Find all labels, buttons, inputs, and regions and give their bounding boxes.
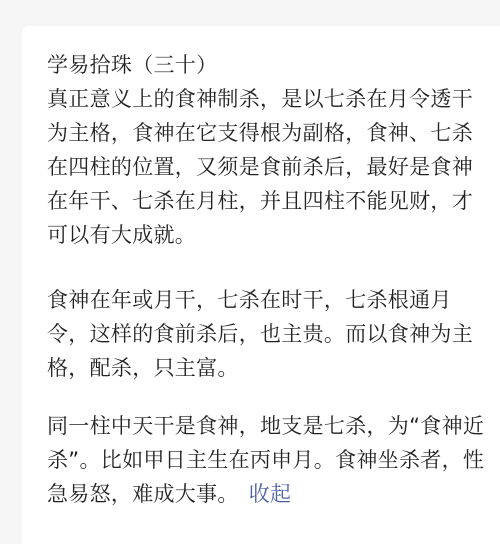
article-title: 学易拾珠（三十） — [47, 48, 487, 82]
paragraph-3: 同一柱中天干是食神，地支是七杀，为“食神近杀”。比如甲日主生在丙申月。食神坐杀者… — [47, 409, 487, 511]
paragraph-2: 食神在年或月干，七杀在时干，七杀根通月令，这样的食前杀后，也主贵。而以食神为主格… — [47, 283, 487, 385]
paragraph-1: 真正意义上的食神制杀，是以七杀在月令透干为主格，食神在它支得根为副格，食神、七杀… — [47, 82, 487, 252]
collapse-link[interactable]: 收起 — [249, 482, 292, 506]
answer-content: 学易拾珠（三十） 真正意义上的食神制杀，是以七杀在月令透干为主格，食神在它支得根… — [47, 48, 487, 535]
answer-card: 学易拾珠（三十） 真正意义上的食神制杀，是以七杀在月令透干为主格，食神在它支得根… — [22, 26, 500, 544]
